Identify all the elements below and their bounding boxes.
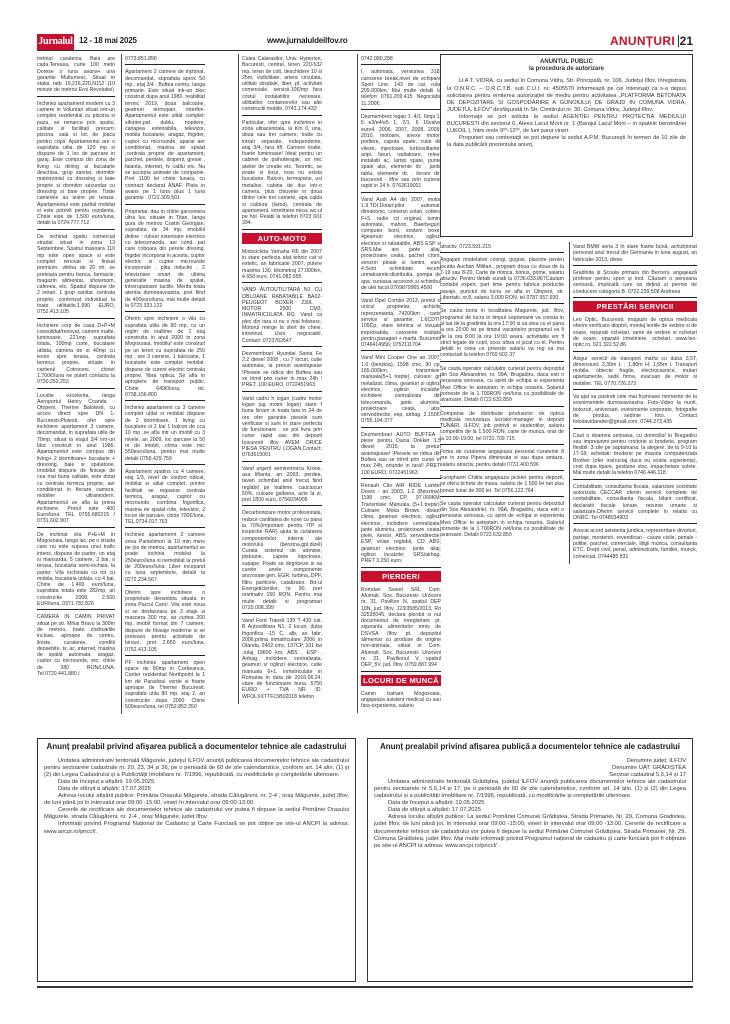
classifieds-column-3: Calea Calarasilor, Univ. Hyperion, Bucur… xyxy=(238,54,322,704)
classified-ad: tretinut curatenia. Baia are cada.Tereas… xyxy=(37,54,115,97)
classified-ad: Angajam modelatori covrigi, gogosi, plac… xyxy=(440,255,564,304)
cadastre-notice-title: Anunț prealabil privind afișarea publică… xyxy=(374,742,686,752)
newspaper-logo: de Ilfov Jurnalul xyxy=(37,34,74,50)
classified-ad: Vand BMW seria 3 în stare foarte bună, a… xyxy=(573,242,697,266)
classifieds-column-2: 0773.851.856 Apartament 2 camere de inch… xyxy=(121,54,205,714)
classified-ad: Oferim spre inchiriere o vila cu suprafa… xyxy=(125,314,205,401)
classifieds-column-5: atractiv, 0723.591.215 Angajam modelator… xyxy=(440,242,564,543)
cadastre-start-date: Data de început a afișării: 19.05.2025 xyxy=(44,779,349,786)
classified-ad: De inchiriat vila P+E+M in Mogosoaia, la… xyxy=(37,530,115,611)
classified-ad: Inchiriez apartamemt 2 camere zona Pante… xyxy=(125,530,205,585)
classified-ad: Vand Opel Combo 2013, primul si unicul p… xyxy=(361,296,441,351)
classified-ad: Apartament spatios cu 4 camere, etaj 1/3… xyxy=(125,467,205,529)
cadastre-end-date: Data de sfârșit a afișării: 17.07.2025 xyxy=(374,807,686,814)
classified-ad: Dezmembrez logan 1. 4/1. 6mpi 1. 5 e3/e4… xyxy=(361,112,441,193)
classified-ad: Inchiriez apartament modern cu 3 camere … xyxy=(37,99,115,230)
cadastre-paragraph: Unitatea administrativ teritorială Măgur… xyxy=(44,758,349,779)
classified-ad: Contabilitate, consultanta fiscala, sala… xyxy=(573,482,697,525)
classified-ad: VAND AUTOUTILITARA N1 CU OBLOANE RABATAB… xyxy=(242,285,322,347)
section-title: ANUNȚURI xyxy=(610,34,675,48)
classified-ad: Vand Audi A4 din 2007, motor 1.9.TDI.Dot… xyxy=(361,195,441,294)
classified-ad: Caut o doamna serioasa, cu domiciliul in… xyxy=(573,431,697,480)
classified-ad: 0773.851.856 xyxy=(125,54,205,65)
classified-ad: CAMERA IN CAMIN PRIVAT situat pe str. Mi… xyxy=(37,612,115,679)
newspaper-page: de Ilfov Jurnalul 12 - 18 mai 2025 www.j… xyxy=(37,36,693,976)
classified-ad: Decarbonizare motor profesionala, reduce… xyxy=(242,508,322,614)
cadastre-notice-magurele: Anunț prealabil privind afișarea publică… xyxy=(37,738,356,982)
classified-ad: Locatie excelenta, langa Aeroportul Henr… xyxy=(37,391,115,528)
classified-ad: Motocicleta Yamaha R6 din 2007 in stare … xyxy=(242,247,322,283)
cadastre-paragraph: Cererile de rectificare ale documentelor… xyxy=(44,807,349,821)
issue-date: 12 - 18 mai 2025 xyxy=(79,36,137,45)
category-banner-auto-moto: AUTO-MOTO xyxy=(242,233,322,244)
classified-ad: Firma de curatenie angajeaza personal cu… xyxy=(440,447,564,471)
cadastre-sectors: Sectoar cadastral 5,6,14 și 17 xyxy=(374,772,686,779)
cadastre-uat: Denumire UAT: GRĂDIȘTEA xyxy=(374,765,686,772)
classified-ad: 0742.080.288 xyxy=(361,54,441,65)
classified-ad: Inchiriere corp de casa D+P+M consolidat… xyxy=(37,321,115,389)
classified-ad: Vand cadru h logan (cadru motor logan ju… xyxy=(242,394,322,462)
classified-ad: Dezmembrari Hyundai Santa Fe 2,2 diesel … xyxy=(242,349,322,392)
cadastre-end-date: Data de sfârșit a afișării: 17.07.2025 xyxy=(44,786,349,793)
website-link[interactable]: www.jurnaluldeilfov.ro xyxy=(267,36,348,45)
classified-ad: Oferim spre inchiriere o proprietate deo… xyxy=(125,588,205,656)
classified-ad: Apartament 2 camere de inchiriat, decoma… xyxy=(125,67,205,204)
classified-ad: Vand Ford Transit 135 T 430 cat. B Autou… xyxy=(242,616,322,702)
cadastre-notice-gradistea: Anunț prealabil privind afișarea publică… xyxy=(367,738,693,982)
cadastre-notice-title: Anunț prealabil privind afișarea publică… xyxy=(44,742,349,752)
classified-ad: Proprietar, dau in chirie garsoniera ult… xyxy=(125,207,205,313)
classified-ad: Leo Optic, Bucuresti, magazin de optica … xyxy=(573,315,697,351)
classified-ad: Asigur servicii de transport marfa cu du… xyxy=(573,354,697,390)
page-header: de Ilfov Jurnalul 12 - 18 mai 2025 www.j… xyxy=(37,36,693,51)
classified-ad: Inchiriez apartament cu 3 camere complet… xyxy=(125,403,205,465)
cadastre-paragraph: Informații privind Programul Național de… xyxy=(44,821,349,835)
public-notice-subtitle: la procedura de autorizare xyxy=(447,66,686,73)
public-notice-paragraph: U.A.T. VIDRA, cu sediul în Comuna Vidra,… xyxy=(447,78,686,113)
cadastre-paragraph: Adresa locului afișării publice: Primări… xyxy=(44,793,349,807)
public-notice-paragraph: Propuneri sau contestaţii se pot depune … xyxy=(447,135,686,149)
classified-ad: Calea Calarasilor, Univ. Hyperion, Bucur… xyxy=(242,54,322,116)
classifieds-column-6: Vand BMW seria 3 în stare foarte bună, a… xyxy=(569,242,697,564)
public-notice-paragraph: Informaţii se pot solicita la sediul AGE… xyxy=(447,114,686,135)
classifieds-column-1: tretinut curatenia. Baia are cada.Tereas… xyxy=(37,54,115,681)
cadastre-paragraph: Adresa locului afișării publice: La sedi… xyxy=(374,814,686,849)
cadastre-county: Denumire județ: ILFOV xyxy=(374,758,686,765)
classified-ad: Vand Mini Cooper One an 2007, 1.6 (benzi… xyxy=(361,353,441,427)
classified-ad: De inchiriat spatiu comercial stradal si… xyxy=(37,232,115,319)
classified-ad: I, automata, versiunea 318, caroserie br… xyxy=(361,67,441,110)
cadastre-paragraph: Unitatea administrativ teritorială Grădi… xyxy=(374,779,686,800)
logo-text: Jurnalul xyxy=(38,36,72,47)
classified-ad: atractiv, 0723.591.215 xyxy=(440,242,564,253)
classified-ad: Vand urgent semiremorca Krone, axa lifta… xyxy=(242,464,322,507)
classified-ad: Romdan Sweet SRL Com. Afumati, Sos. Bucu… xyxy=(361,585,441,672)
classified-ad: Avocat acord asistenta juridica, repreze… xyxy=(573,526,697,561)
classified-ad: Se cauta operator calculator curierat pe… xyxy=(440,499,564,541)
classified-ad: Camin batrani Mogosoaia, angajeaza asist… xyxy=(361,689,441,712)
category-banner-prestari-servicii: PRESTĂRI SERVICII xyxy=(573,301,697,312)
cadastre-start-date: Data de început a afișării: 19.05.2025 xyxy=(374,800,686,807)
classified-ad: Renault Clio AIR RIDE Lambo Doors - an 2… xyxy=(361,481,441,568)
public-notice-box: ANUNTUL PUBLIC la procedura de autorizar… xyxy=(440,54,693,237)
page-number: 21 xyxy=(680,34,693,48)
classified-ad: Se cauta operator calculator curierat pe… xyxy=(440,364,564,407)
classified-ad: PF inchiriez apartament open space de 80… xyxy=(125,658,205,712)
classified-ad: Gradinita și Școala primara din Berceni,… xyxy=(573,268,697,298)
classified-ad: Dezmembrari AUTO BUFTEA - piese pentru D… xyxy=(361,430,441,479)
classified-ad: Compania de distributie produselor de op… xyxy=(440,409,564,445)
category-banner-locuri-de-munca: LOCURI DE MUNCĂ xyxy=(361,675,441,686)
classified-ad: Particular, ofer spre inchiriere in zona… xyxy=(242,118,322,230)
category-banner-pierderi: PIERDERI xyxy=(361,571,441,582)
logo-subtitle: de Ilfov xyxy=(47,31,58,35)
classifieds-column-4: 0742.080.288 I, automata, versiunea 318,… xyxy=(357,54,441,713)
classified-ad: Se cauta bona in localitatea Magurele, j… xyxy=(440,306,564,361)
classified-ad: Europharm Chitila angajeaza pickeri pent… xyxy=(440,473,564,497)
page-bottom-rule xyxy=(37,986,693,988)
public-notice-title: ANUNTUL PUBLIC xyxy=(447,59,686,66)
classified-ad: Va ajut sa pastrati cele mai frumoase mo… xyxy=(573,392,697,428)
